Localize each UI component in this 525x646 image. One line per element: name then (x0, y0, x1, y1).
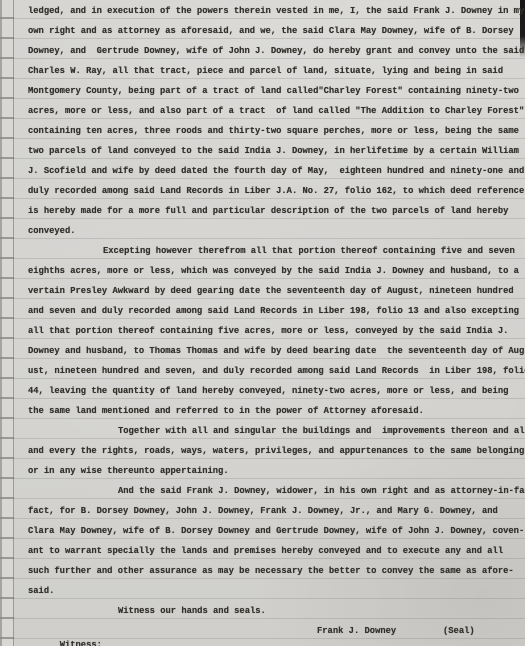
text-line: Montgomery County, being part of a tract… (28, 84, 525, 104)
text-line: all that portion thereof containing five… (28, 324, 525, 344)
text-line: or in any wise thereunto appertaining. (28, 464, 525, 484)
text-line: ledged, and in execution of the powers t… (28, 4, 525, 24)
text-line: and seven and duly recorded among said L… (28, 304, 525, 324)
text-line: Downey and husband, to Thomas Thomas and… (28, 344, 525, 364)
document-text: ledged, and in execution of the powers t… (28, 4, 525, 644)
paragraph-start-and-the-said: And the said Frank J. Downey, widower, i… (28, 484, 525, 504)
text-line: eighths acres, more or less, which was c… (28, 264, 525, 284)
paragraph-start-excepting: Excepting however therefrom all that por… (28, 244, 525, 264)
text-line: Clara May Downey, wife of B. Dorsey Down… (28, 524, 525, 544)
text-line: ust, nineteen hundred and seven, and dul… (28, 364, 525, 384)
signer-name: Frank J. Downey (317, 624, 396, 638)
text-line: two parcels of land conveyed to the said… (28, 144, 525, 164)
witness-label: Witness: (60, 640, 102, 646)
text-line: acres, more or less, and also part of a … (28, 104, 525, 124)
signature-row: Witness: Frank J. Downey (Seal) (28, 624, 525, 644)
text-line: and every the rights, roads, ways, water… (28, 444, 525, 464)
witness-statement-line: Witness our hands and seals. (28, 604, 525, 624)
text-line: duly recorded among said Land Records in… (28, 184, 525, 204)
text-line: Downey, and Gertrude Downey, wife of Joh… (28, 44, 525, 64)
text-line: vertain Presley Awkward by deed gearing … (28, 284, 525, 304)
text-line: the same land mentioned and referred to … (28, 404, 525, 424)
text-line: Charles W. Ray, all that tract, piece an… (28, 64, 525, 84)
text-line: own right and as attorney as aforesaid, … (28, 24, 525, 44)
deed-document-page: ledged, and in execution of the powers t… (0, 0, 525, 646)
binding-edge (0, 0, 14, 646)
seal-label: (Seal) (443, 624, 475, 638)
text-line: said. (28, 584, 525, 604)
text-line: such further and other assurance as may … (28, 564, 525, 584)
text-line: 44, leaving the quantity of land hereby … (28, 384, 525, 404)
text-line: conveyed. (28, 224, 525, 244)
text-line: containing ten acres, three roods and th… (28, 124, 525, 144)
text-line: J. Scofield and wife by deed dated the f… (28, 164, 525, 184)
paragraph-start-together: Together with all and singular the build… (28, 424, 525, 444)
text-line: ant to warrant specially the lands and p… (28, 544, 525, 564)
page-left-edge (0, 0, 2, 646)
text-line: fact, for B. Dorsey Downey, John J. Down… (28, 504, 525, 524)
text-line: is hereby made for a more full and parti… (28, 204, 525, 224)
